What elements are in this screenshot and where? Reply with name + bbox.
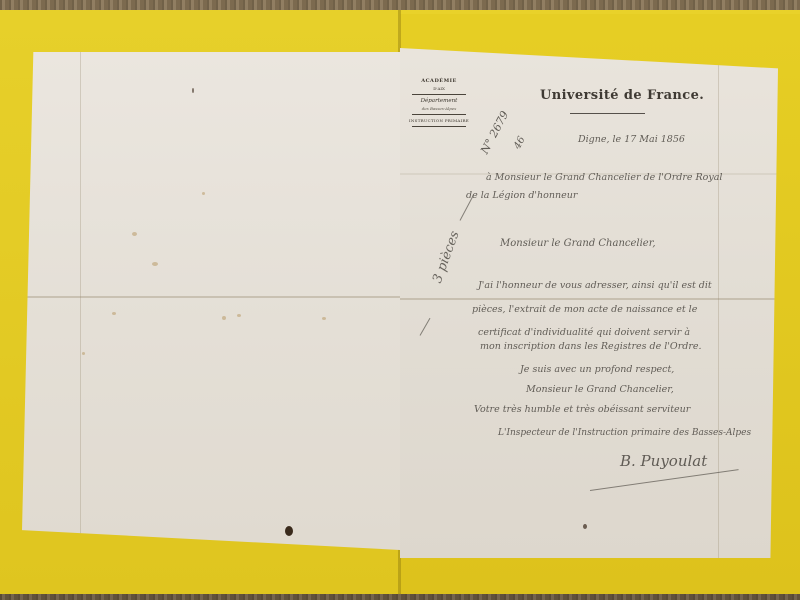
place-date: Digne, le 17 Mai 1856 (578, 134, 685, 145)
letterhead-institution: Université de France. (540, 88, 704, 103)
foxing-spot (202, 192, 205, 195)
paper-fold-horizontal (400, 298, 778, 300)
letterhead-academie: ACADÉMIE (408, 78, 470, 84)
salutation: Monsieur le Grand Chancelier, (500, 238, 656, 249)
letterhead-title-rule (570, 113, 645, 114)
foxing-spot (132, 232, 137, 236)
letterhead-box: ACADÉMIE D'AIX Département des Basses-Al… (408, 78, 470, 130)
foxing-spot (152, 262, 158, 266)
letterhead-departement-name: des Basses-Alpes (408, 106, 470, 111)
paper-hole (285, 526, 293, 536)
foxing-spot (112, 312, 116, 315)
foxing-spot (82, 352, 85, 355)
body-line: mon inscription dans les Registres de l'… (480, 341, 702, 352)
signature: B. Puyoulat (620, 452, 707, 470)
paper-fold-vertical (80, 52, 81, 550)
paper-fold-vertical (718, 48, 719, 558)
letter-left-page (22, 52, 400, 550)
letterhead-academie-city: D'AIX (408, 86, 470, 91)
letterhead-rule (412, 114, 466, 115)
body-line: J'ai l'honneur de vous adresser, ainsi q… (478, 280, 712, 291)
letterhead-rule (412, 94, 466, 95)
closing-line: Je suis avec un profond respect, (520, 364, 674, 375)
letterhead-service: INSTRUCTION PRIMAIRE (408, 118, 470, 123)
foxing-spot (322, 317, 326, 320)
paper-hole (583, 524, 587, 529)
body-line: pièces, l'extrait de mon acte de naissan… (472, 304, 697, 315)
addressee-line-1: à Monsieur le Grand Chancelier de l'Ordr… (486, 172, 722, 183)
ink-mark (192, 88, 194, 93)
closing-line: Monsieur le Grand Chancelier, (526, 384, 674, 395)
paper-fold-horizontal (22, 296, 400, 298)
foxing-spot (222, 316, 226, 320)
addressee-line-2: de la Légion d'honneur (466, 190, 577, 201)
closing-line: Votre très humble et très obéissant serv… (474, 404, 690, 415)
body-line: certificat d'individualité qui doivent s… (478, 327, 690, 338)
foxing-spot (237, 314, 241, 317)
letterhead-rule (412, 126, 466, 127)
signature-title: L'Inspecteur de l'Instruction primaire d… (498, 428, 751, 438)
letterhead-departement: Département (408, 98, 470, 104)
